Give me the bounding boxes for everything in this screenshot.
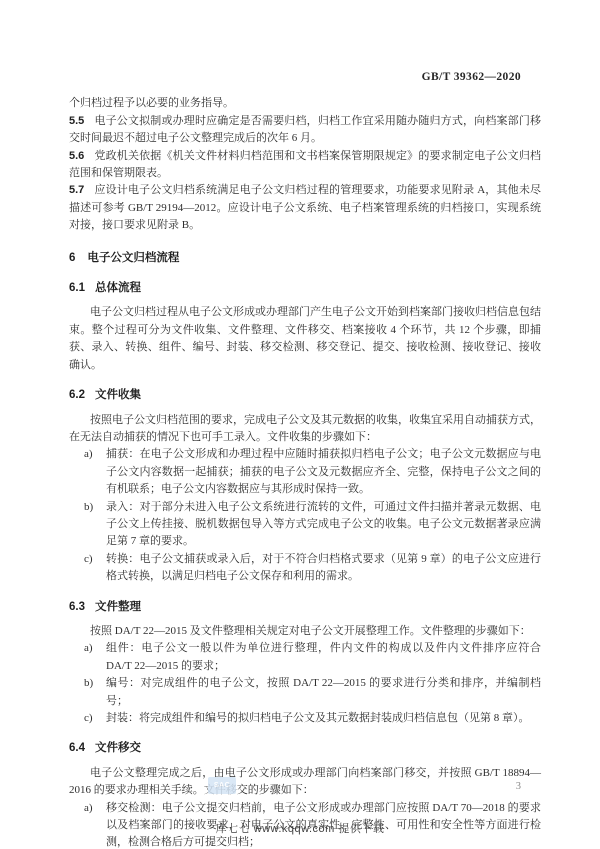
clause-number: 5.6 xyxy=(69,150,84,162)
section-paragraph: 按照 DA/T 22—2015 及文件整理相关规定对电子公文开展整理工作。文件整… xyxy=(69,623,541,640)
section-paragraph: 电子公文归档过程从电子公文形成或办理部门产生电子公文开始到档案部门接收归档信息包… xyxy=(69,304,541,374)
section-title: 文件整理 xyxy=(95,601,141,613)
list-item: a)组件：电子公文一般以件为单位进行整理，件内文件的构成以及件内文件排序应符合 … xyxy=(69,640,541,675)
item-label: a) xyxy=(84,800,93,817)
section-heading-6-3: 6.3文件整理 xyxy=(69,599,541,616)
section-title: 文件移交 xyxy=(95,742,141,754)
item-label: c) xyxy=(84,710,93,727)
section-number: 6.2 xyxy=(69,389,85,401)
watermark-stamp: SAC xyxy=(208,777,236,794)
chapter-heading: 6电子公文归档流程 xyxy=(69,250,541,267)
clause-number: 5.7 xyxy=(69,184,84,196)
carryover-paragraph: 个归档过程予以必要的业务指导。 xyxy=(69,95,541,112)
download-site-watermark: 库七七 www.kqqw.com 提供下载 xyxy=(0,821,600,838)
clause-5-5: 5.5电子公文拟制或办理时应确定是否需要归档，归档工作宜采用随办随归方式，向档案… xyxy=(69,113,541,148)
chapter-number: 6 xyxy=(69,252,75,264)
step-list: a)捕获：在电子公文形成和办理过程中应随时捕获拟归档电子公文；电子公文元数据应与… xyxy=(69,446,541,585)
clause-5-7: 5.7应设计电子公文归档系统满足电子公文归档过程的管理要求，功能要求见附录 A，… xyxy=(69,182,541,234)
list-item: c)封装：将完成组件和编号的拟归档电子公文及其元数据封装成归档信息包（见第 8 … xyxy=(69,710,541,727)
section-title: 总体流程 xyxy=(95,282,141,294)
item-text: 编号：对完成组件的电子公文，按照 DA/T 22—2015 的要求进行分类和排序… xyxy=(106,677,541,706)
page-content: GB/T 39362—2020 个归档过程予以必要的业务指导。 5.5电子公文拟… xyxy=(69,69,541,849)
section-paragraph: 电子公文整理完成之后，由电子公文形成或办理部门向档案部门移交，并按照 GB/T … xyxy=(69,765,541,800)
list-item: b)编号：对完成组件的电子公文，按照 DA/T 22—2015 的要求进行分类和… xyxy=(69,675,541,710)
item-label: c) xyxy=(84,551,93,568)
list-item: a)捕获：在电子公文形成和办理过程中应随时捕获拟归档电子公文；电子公文元数据应与… xyxy=(69,446,541,498)
section-number: 6.3 xyxy=(69,601,85,613)
section-heading-6-4: 6.4文件移交 xyxy=(69,740,541,757)
item-label: a) xyxy=(84,640,93,657)
section-heading-6-1: 6.1总体流程 xyxy=(69,280,541,297)
clause-number: 5.5 xyxy=(69,115,84,127)
section-number: 6.4 xyxy=(69,742,85,754)
section-heading-6-2: 6.2文件收集 xyxy=(69,387,541,404)
list-item: b)录入：对于部分未进入电子公文系统进行流转的文件，可通过文件扫描并著录元数据、… xyxy=(69,499,541,551)
page-number: 3 xyxy=(516,778,521,795)
clause-text: 电子公文拟制或办理时应确定是否需要归档，归档工作宜采用随办随归方式，向档案部门移… xyxy=(69,115,541,144)
step-list: a)组件：电子公文一般以件为单位进行整理，件内文件的构成以及件内文件排序应符合 … xyxy=(69,640,541,727)
document-page: GB/T 39362—2020 个归档过程予以必要的业务指导。 5.5电子公文拟… xyxy=(0,0,600,849)
chapter-title: 电子公文归档流程 xyxy=(87,252,179,264)
item-text: 录入：对于部分未进入电子公文系统进行流转的文件，可通过文件扫描并著录元数据、电子… xyxy=(106,501,541,548)
section-number: 6.1 xyxy=(69,282,85,294)
clause-text: 党政机关依据《机关文件材料归档范围和文书档案保管期限规定》的要求制定电子公文归档… xyxy=(69,150,541,179)
clause-5-6: 5.6党政机关依据《机关文件材料归档范围和文书档案保管期限规定》的要求制定电子公… xyxy=(69,148,541,183)
section-title: 文件收集 xyxy=(95,389,141,401)
item-label: b) xyxy=(84,499,93,516)
clause-text: 应设计电子公文归档系统满足电子公文归档过程的管理要求，功能要求见附录 A，其他未… xyxy=(69,184,541,231)
standard-code: GB/T 39362—2020 xyxy=(422,71,521,83)
list-item: c)转换：电子公文捕获或录入后，对于不符合归档格式要求（见第 9 章）的电子公文… xyxy=(69,551,541,586)
item-text: 捕获：在电子公文形成和办理过程中应随时捕获拟归档电子公文；电子公文元数据应与电子… xyxy=(106,448,541,495)
item-text: 组件：电子公文一般以件为单位进行整理，件内文件的构成以及件内文件排序应符合 DA… xyxy=(106,642,541,671)
page-header: GB/T 39362—2020 xyxy=(69,69,541,86)
section-paragraph: 按照电子公文归档范围的要求，完成电子公文及其元数据的收集，收集宜采用自动捕获方式… xyxy=(69,412,541,447)
item-label: a) xyxy=(84,446,93,463)
item-text: 封装：将完成组件和编号的拟归档电子公文及其元数据封装成归档信息包（见第 8 章）… xyxy=(106,712,530,724)
item-label: b) xyxy=(84,675,93,692)
item-text: 转换：电子公文捕获或录入后，对于不符合归档格式要求（见第 9 章）的电子公文应进… xyxy=(106,553,541,582)
